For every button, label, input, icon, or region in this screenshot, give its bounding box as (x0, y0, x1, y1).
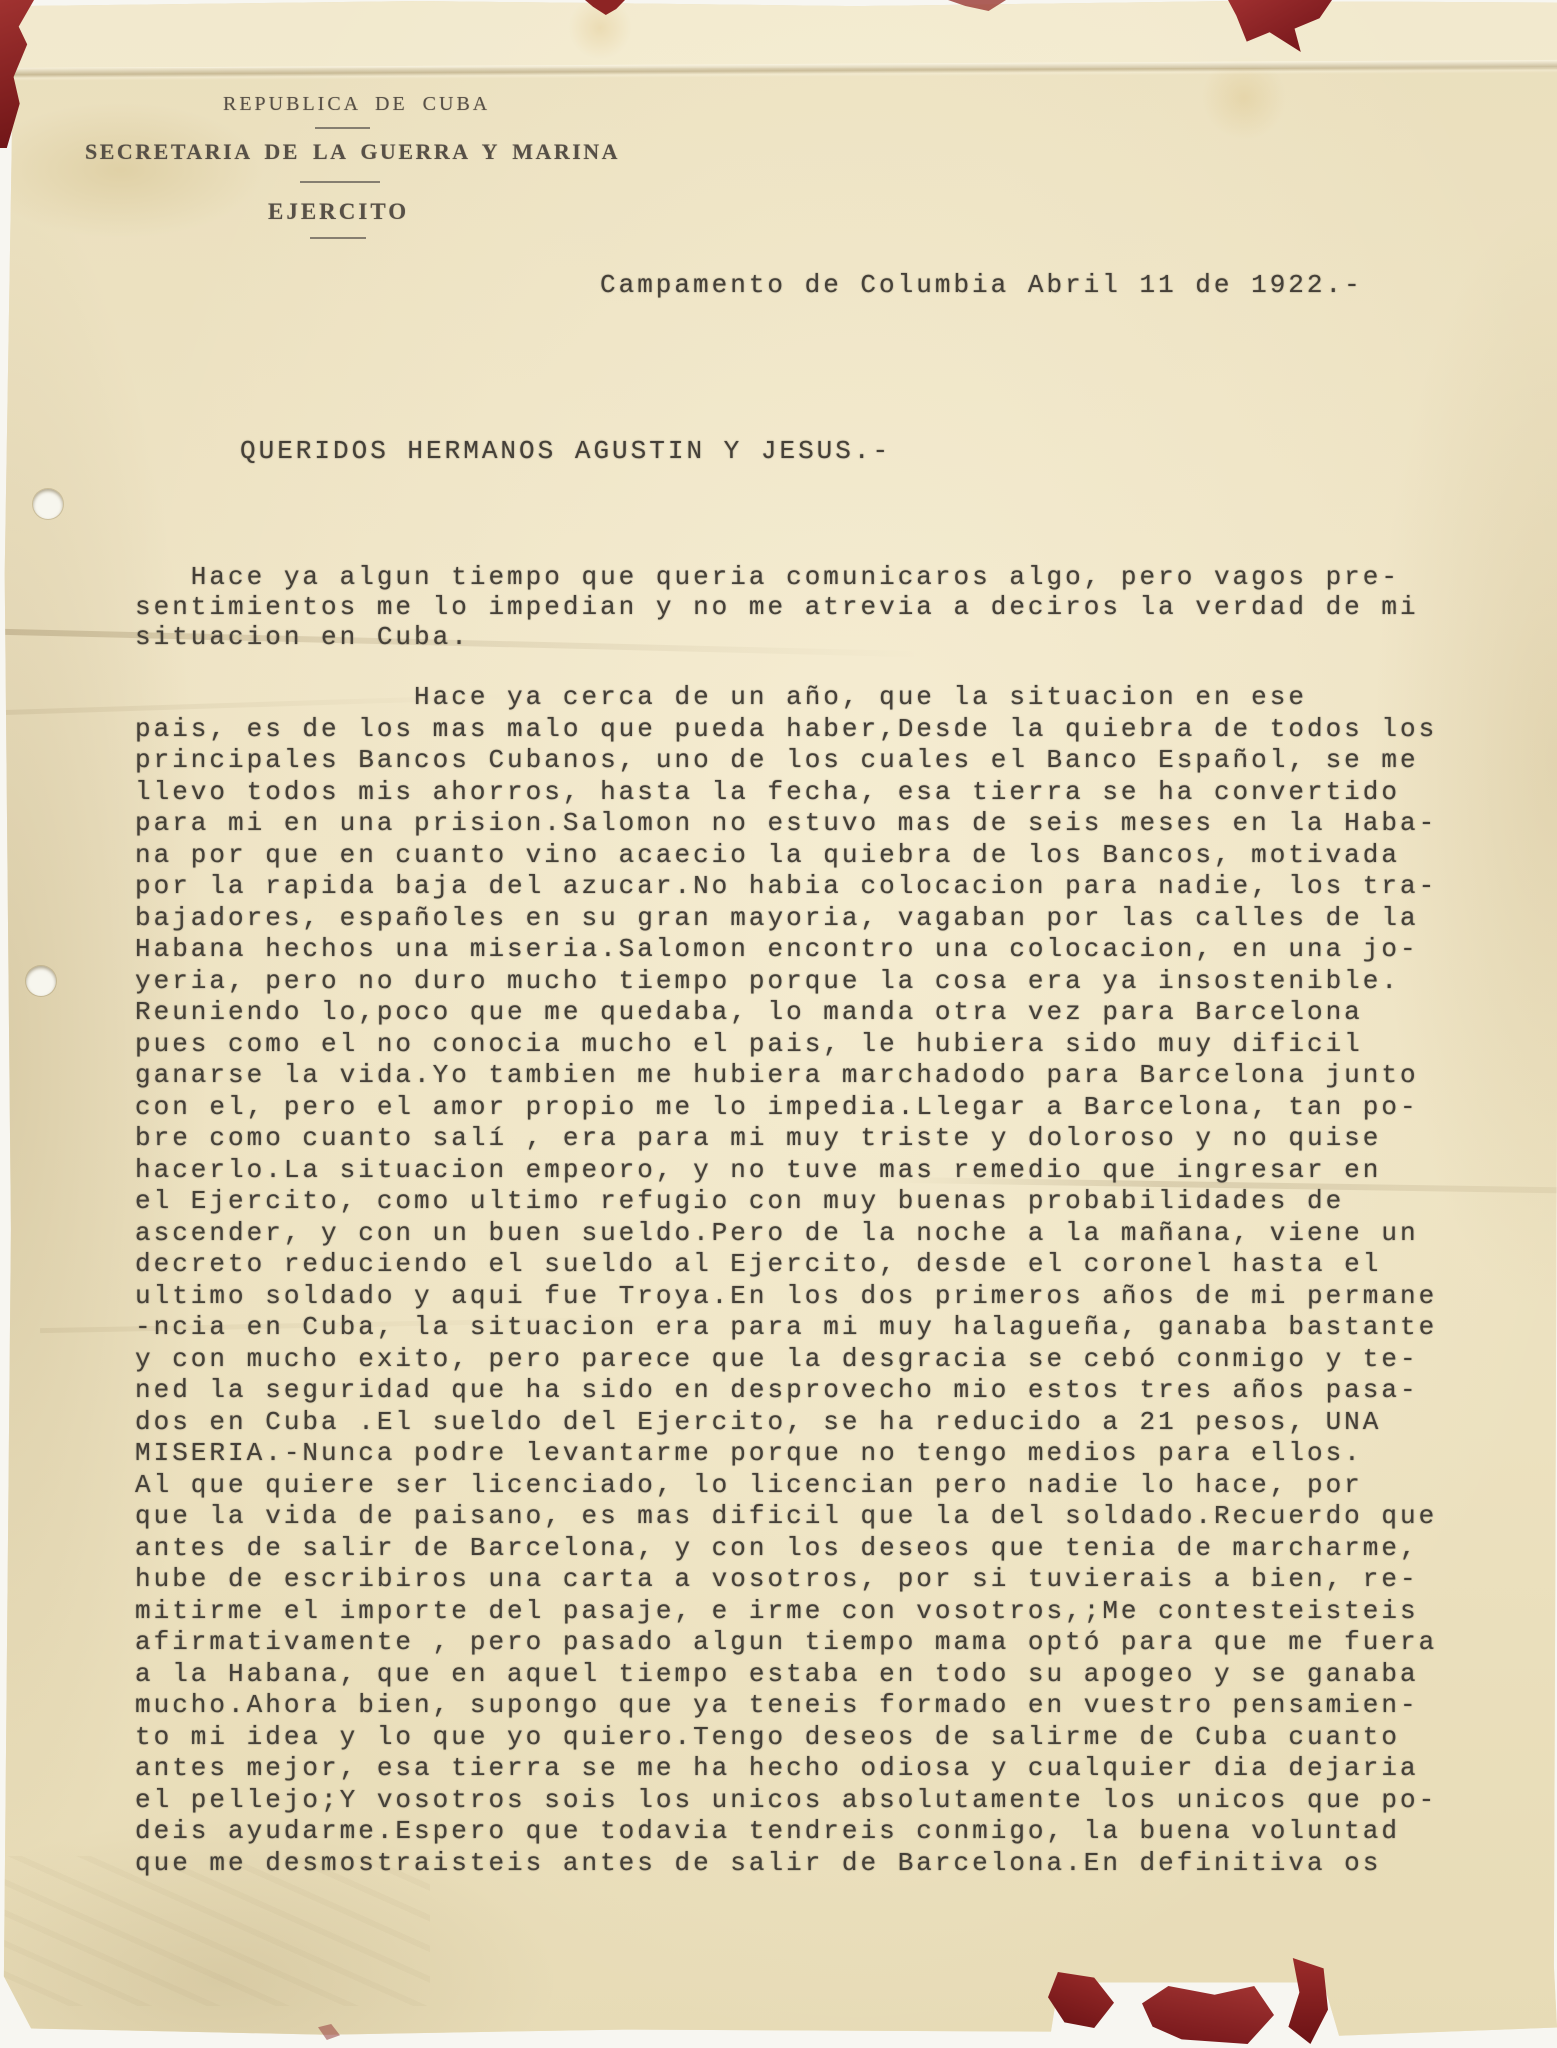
letterhead-ejercito: EJERCITO (268, 199, 409, 225)
letterhead-rule (315, 127, 370, 132)
letterhead-rule (300, 181, 380, 186)
letterhead-rule (310, 237, 366, 242)
scanned-letter-page: { "letterhead": { "line1": "REPUBLICA DE… (0, 0, 1557, 2048)
torn-edge-mark (1142, 1986, 1274, 2044)
date-line: Campamento de Columbia Abril 11 de 1922.… (600, 270, 1363, 300)
body-paragraph-1: Hace ya algun tiempo que queria comunica… (135, 562, 1419, 652)
letterhead-secretaria: SECRETARIA DE LA GUERRA Y MARINA (85, 139, 620, 165)
letter-paper: REPUBLICA DE CUBA SECRETARIA DE LA GUERR… (0, 0, 1557, 2048)
body-paragraph-2: Hace ya cerca de un año, que la situacio… (135, 682, 1437, 1879)
punch-hole (33, 489, 63, 519)
salutation: QUERIDOS HERMANOS AGUSTIN Y JESUS.- (240, 436, 891, 466)
letterhead-republica: REPUBLICA DE CUBA (223, 93, 490, 116)
punch-hole (26, 966, 56, 996)
